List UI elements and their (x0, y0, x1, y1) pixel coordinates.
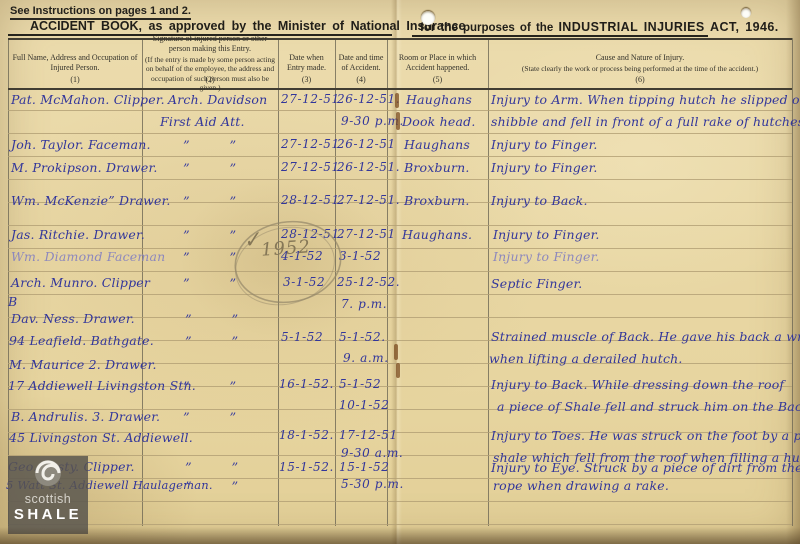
title-underline-right (412, 35, 708, 37)
entry-signature: Arch. Davidson (168, 92, 267, 107)
binding-stitch (396, 112, 400, 130)
entry-name: M. Maurice 2. Drawer. (9, 357, 157, 372)
ditto-mark: ” ” (183, 195, 236, 210)
ditto-mark: ” ” (183, 380, 236, 395)
page-title-left: ACCIDENT BOOK, as approved by the Minist… (30, 19, 465, 33)
accident-cause: Injury to Back. While dressing down the … (491, 377, 784, 392)
pencil-year-stamp: 1952 (260, 236, 311, 260)
accident-cause: Injury to Finger. (493, 249, 600, 264)
entry-address: 45 Livingston St. Addiewell. (9, 430, 193, 445)
accident-date: 26-12-51 (337, 137, 396, 151)
title-right-act: INDUSTRIAL INJURIES ACT, 1946. (558, 20, 778, 34)
table-row-line (8, 179, 792, 180)
instructions-note: See Instructions on pages 1 and 2. (10, 5, 191, 20)
ditto-mark: ” ” (183, 162, 236, 177)
accident-time: 7. p.m. (341, 297, 387, 311)
punch-hole (741, 8, 751, 18)
watermark-line2: SHALE (8, 506, 88, 523)
table-row-line (8, 88, 792, 90)
page-edge-shadow-bottom (0, 527, 800, 544)
accident-time: 9-30 p.m. (341, 114, 404, 128)
entry-name: M. Prokipson. Drawer. (11, 160, 158, 175)
accident-cause-2: shibble and fell in front of a full rake… (491, 114, 800, 129)
ditto-mark: ” ” (185, 480, 238, 495)
ditto-mark: ” ” (183, 277, 236, 292)
table-row-line (8, 271, 792, 272)
title-right-prefix: for the purposes of the (420, 22, 553, 34)
accident-place-2: Dook head. (402, 114, 476, 129)
entry-name: B. Andrulis. 3. Drawer. (11, 409, 160, 424)
entry-date-made: 28-12-51. (281, 193, 344, 207)
accident-date: 15-1-52 (339, 460, 389, 474)
accident-cause: Injury to Finger. (493, 227, 600, 242)
accident-place: Haughans (406, 92, 472, 107)
accident-cause: Septic Finger. (491, 276, 582, 291)
ditto-mark: ” ” (183, 139, 236, 154)
entry-name: Joh. Taylor. Faceman. (11, 137, 151, 152)
accident-cause: Injury to Eye. Struck by a piece of dirt… (491, 460, 800, 475)
ditto-mark: ” ” (183, 411, 236, 426)
entry-date-made: 27-12-51 (281, 92, 340, 106)
entry-date-made: 5-1-52 (281, 330, 323, 344)
col-header-signature: Signature of injured person or other per… (142, 38, 278, 88)
col-header-cause: Cause and Nature of Injury. (State clear… (488, 38, 792, 88)
table-column-line (488, 38, 489, 526)
accident-cause: Injury to Finger. (491, 137, 598, 152)
accident-cause-2: rope when drawing a rake. (493, 478, 669, 493)
accident-date: 5-1-52 (339, 377, 381, 391)
margin-mark: B (8, 294, 17, 309)
ditto-mark: ” ” (183, 229, 236, 244)
entry-name: Jas. Ritchie. Drawer. (11, 227, 145, 242)
col-header-place: Room or Place in which Accident happened… (387, 38, 488, 88)
accident-cause: Injury to Finger. (491, 160, 598, 175)
entry-date-made: 15-1-52. (279, 460, 334, 474)
entry-date-made: 18-1-52. (279, 428, 334, 442)
accident-cause: Strained muscle of Back. He gave his bac… (491, 329, 800, 344)
table-column-line (8, 38, 9, 526)
accident-date: 27-12-51. (337, 193, 400, 207)
binding-stitch (394, 344, 398, 360)
accident-book-page: See Instructions on pages 1 and 2. ACCID… (0, 0, 800, 544)
accident-place: Haughans. (402, 227, 472, 242)
punch-hole (421, 11, 435, 25)
accident-place: Broxburn. (404, 193, 470, 208)
table-row-line (8, 524, 792, 525)
accident-cause-2: when lifting a derailed hutch. (489, 351, 683, 366)
accident-date: 26-12-51. (337, 160, 400, 174)
table-row-line (8, 225, 792, 226)
accident-date: 5-1-52. (339, 330, 386, 344)
accident-time: 9-30 a.m. (341, 446, 403, 460)
binding-stitch (396, 363, 400, 378)
accident-time: 5-30 p.m. (341, 477, 404, 491)
watermark-line1: scottish (8, 493, 88, 506)
scottish-shale-watermark: scottish SHALE (8, 456, 88, 534)
entry-address: 17 Addiewell Livingston Stn. (8, 378, 196, 393)
table-row-line (8, 133, 792, 134)
col-header-name: Full Name, Address and Occupation of Inj… (8, 38, 142, 88)
accident-cause: Injury to Back. (491, 193, 588, 208)
accident-place: Broxburn. (404, 160, 470, 175)
table-row-line (8, 294, 792, 295)
accident-cause: Injury to Toes. He was struck on the foo… (491, 428, 800, 443)
table-row-line (8, 501, 792, 502)
accident-cause: Injury to Arm. When tipping hutch he sli… (491, 92, 800, 107)
accident-cause-2: a piece of Shale fell and struck him on … (497, 399, 800, 414)
accident-date: 17-12-51 (339, 428, 398, 442)
accident-date-2: 10-1-52 (339, 398, 389, 412)
entry-name: Wm. Diamond Faceman (11, 249, 165, 264)
col-header-entry-date: Date when Entry made. (3) (278, 38, 335, 88)
shale-swirl-icon (33, 458, 63, 488)
ditto-mark: ” ” (183, 251, 236, 266)
entry-name: Arch. Munro. Clipper (11, 275, 150, 290)
entry-name: Wm. McKenzie” Drawer. (11, 193, 171, 208)
entry-date-made: 27-12-51 (281, 160, 340, 174)
accident-place: Haughans (404, 137, 470, 152)
col-header-accident-date: Date and time of Accident. (4) (335, 38, 387, 88)
entry-name: Pat. McMahon. Clipper. (11, 92, 165, 107)
table-row-line (8, 156, 792, 157)
ditto-mark: ” ” (185, 313, 238, 328)
accident-date: 26-12-51. (337, 92, 400, 106)
table-row-line (8, 110, 792, 111)
page-title-right: for the purposes of the INDUSTRIAL INJUR… (420, 20, 779, 34)
binding-stitch (395, 93, 399, 108)
entry-signature-role: First Aid Att. (160, 114, 245, 129)
ditto-mark: ” ” (185, 335, 238, 350)
ditto-mark: ” ” (185, 461, 238, 476)
entry-date-made: 27-12-51 (281, 137, 340, 151)
accident-time: 9. a.m. (343, 351, 389, 365)
entry-address: 94 Leafield. Bathgate. (9, 333, 154, 348)
accident-date: 25-12-52. (337, 275, 400, 289)
entry-date-made: 16-1-52. (279, 377, 334, 391)
entry-name: Dav. Ness. Drawer. (11, 311, 135, 326)
